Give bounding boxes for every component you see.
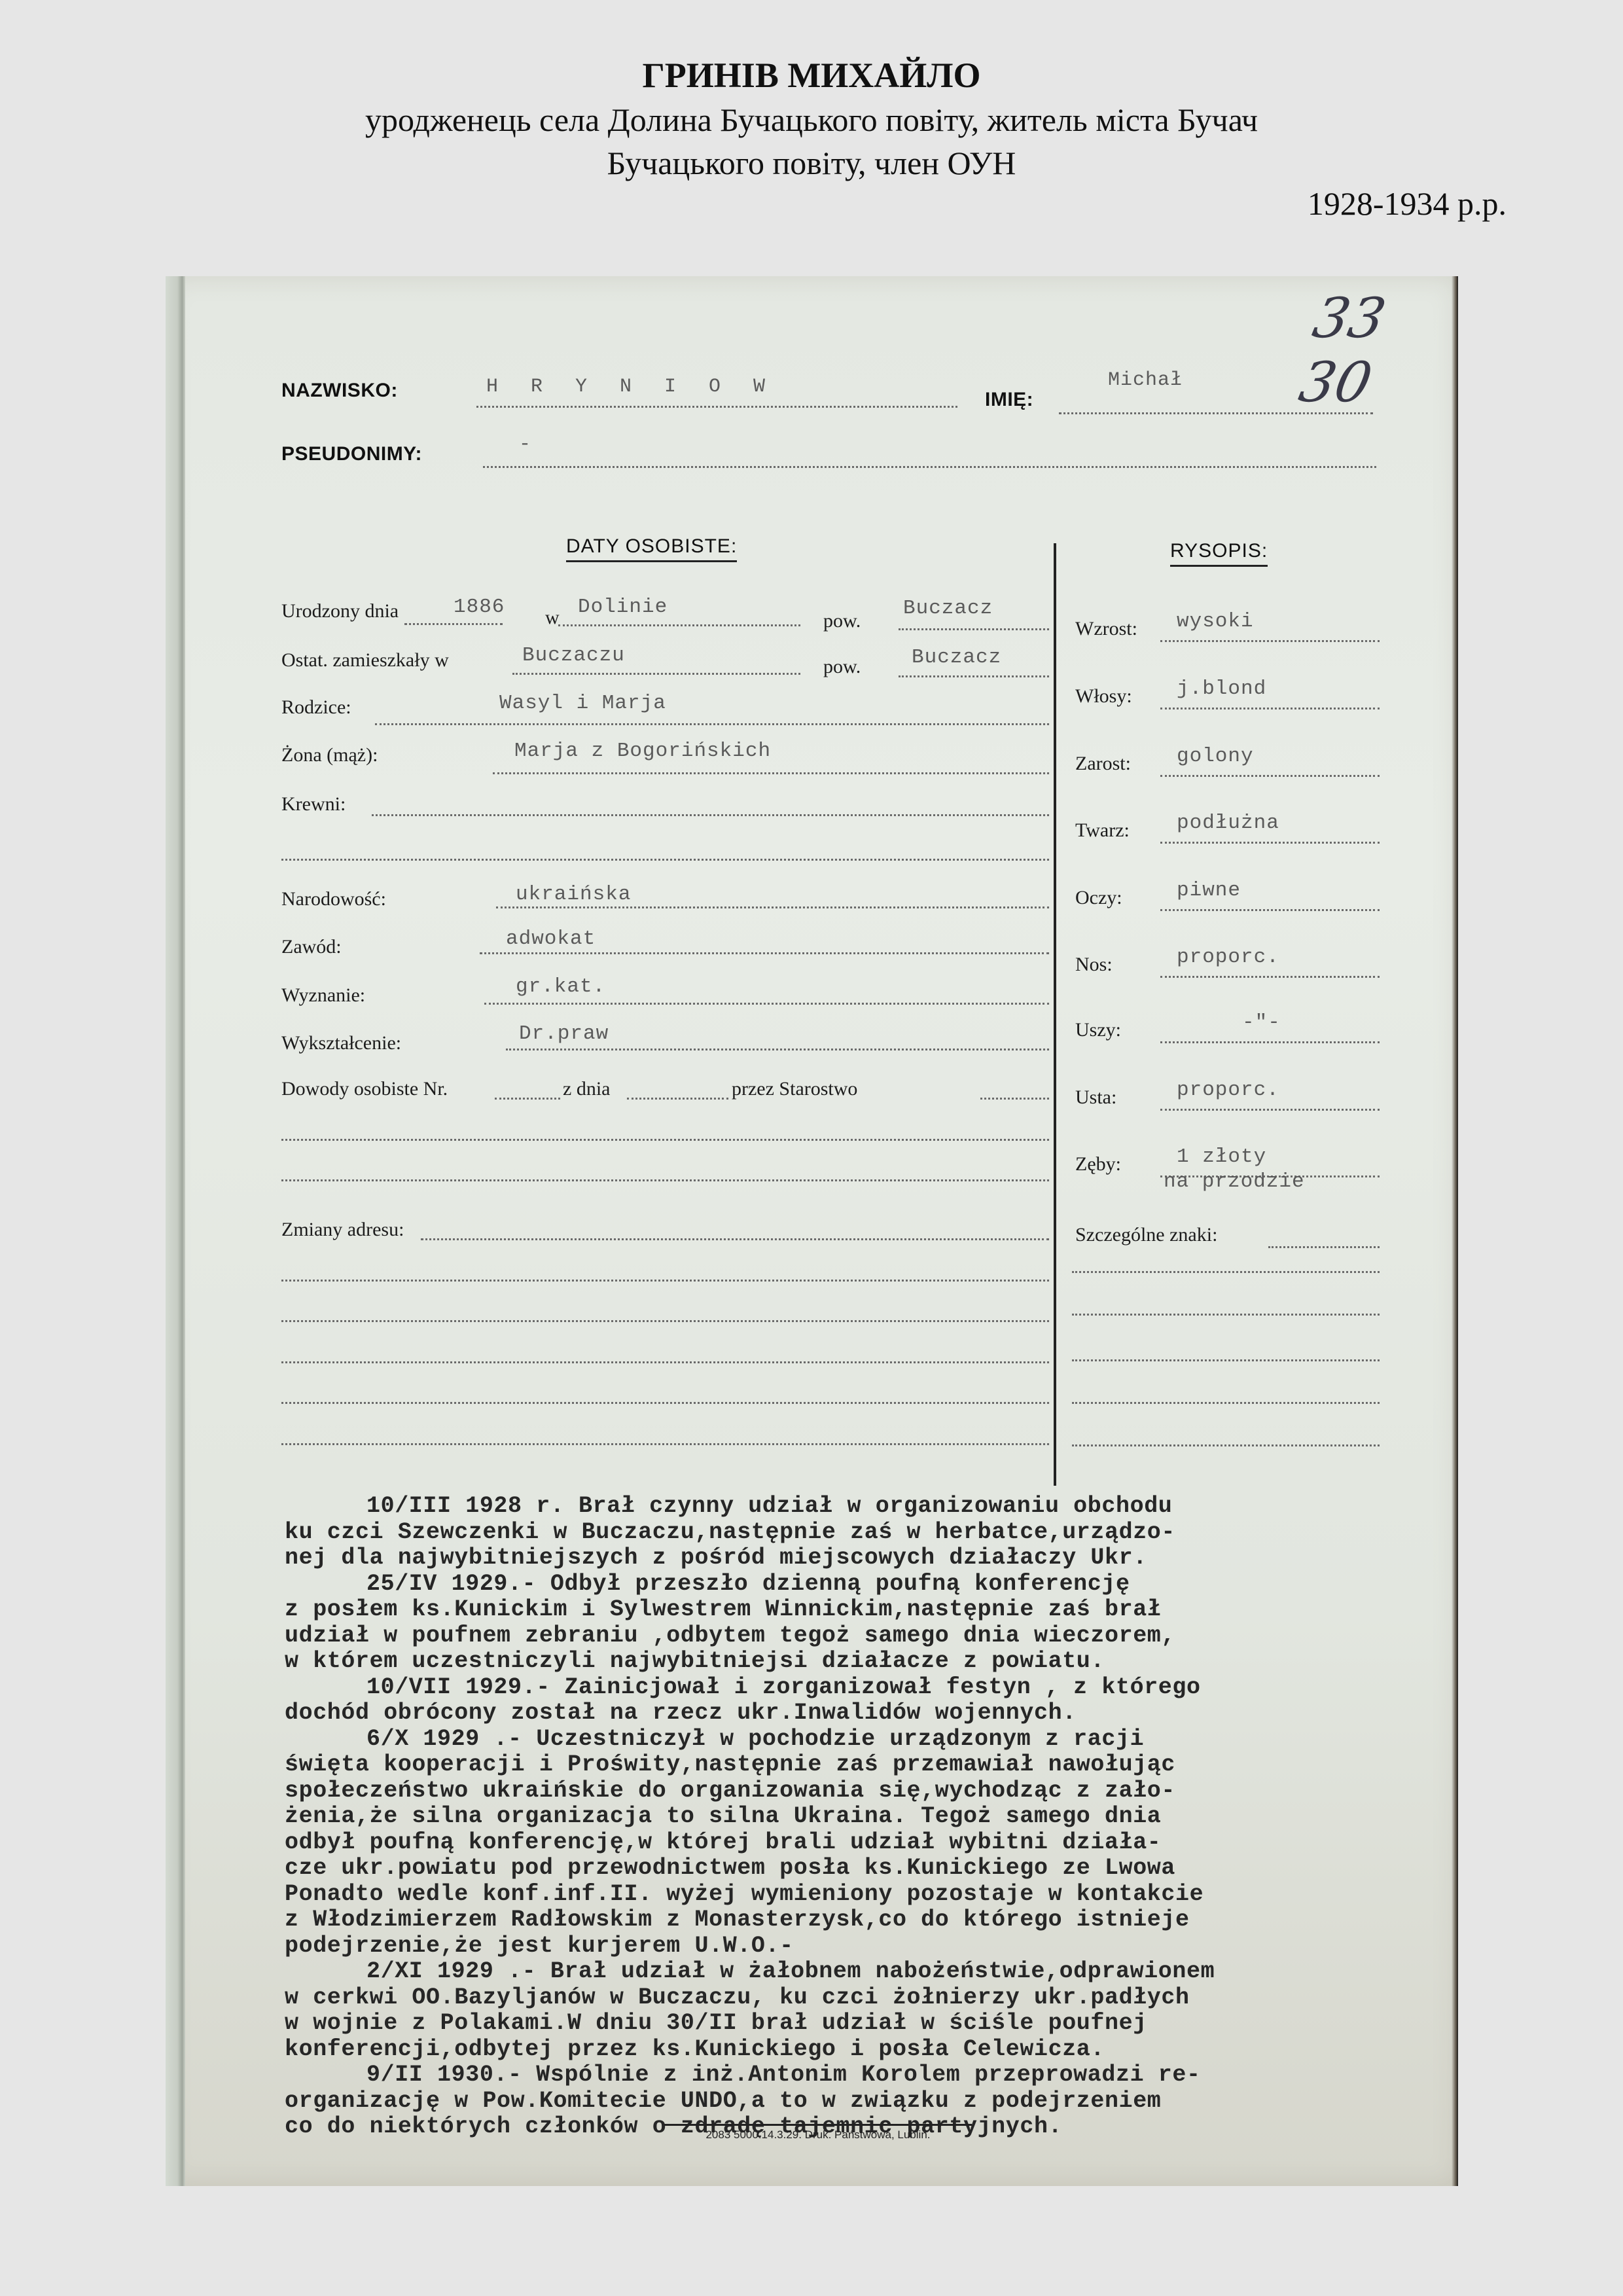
urodzony-value: 1886	[454, 596, 505, 619]
imie-value: Michał	[1108, 369, 1183, 391]
narrative-line: z Włodzimierzem Radłowskim z Monasterzys…	[285, 1907, 1345, 1933]
printer-note: 2083 5000.14.3.29. Druk. Państwowa, Lubl…	[664, 2128, 972, 2142]
rysopis-label: Oczy:	[1075, 887, 1122, 909]
rysopis-value: piwne	[1177, 879, 1241, 902]
rysopis-value: j.blond	[1177, 677, 1266, 700]
starostwo-line	[980, 1098, 1049, 1100]
narrative-line: żenia,że silna organizacja to silna Ukra…	[285, 1804, 1345, 1830]
rysopis-extra-line	[1072, 1402, 1380, 1404]
wyznanie-value: gr.kat.	[516, 975, 605, 998]
narrative-line: w cerkwi OO.Bazyljanów w Buczaczu, ku cz…	[285, 1985, 1345, 2011]
caption-subtitle-line1: уродженець села Долина Бучацького повіту…	[0, 98, 1623, 141]
narrative-line: podejrzenie,że jest kurjerem U.W.O.-	[285, 1933, 1345, 1960]
zmiany-line-3	[281, 1320, 1049, 1322]
rysopis-line	[1160, 775, 1380, 777]
imie-line	[1059, 412, 1373, 414]
krewni-label: Krewni:	[281, 793, 346, 816]
pow-line	[899, 628, 1049, 630]
caption-header: ГРИНІВ МИХАЙЛО уродженець села Долина Бу…	[0, 52, 1623, 185]
narodowosc-line	[496, 906, 1049, 908]
printer-rule	[664, 2124, 972, 2126]
rysopis-label: Zęby:	[1075, 1153, 1121, 1175]
krewni-line-1	[372, 814, 1049, 816]
pow2-label: pow.	[823, 656, 861, 678]
rysopis-value-continued: na przodzie	[1164, 1170, 1305, 1193]
rysopis-line	[1160, 640, 1380, 642]
handwritten-page-number: 33 30	[1294, 286, 1472, 414]
rysopis-extra-line	[1072, 1359, 1380, 1361]
narrative-line: dochód obrócony został na rzecz ukr.Inwa…	[285, 1700, 1345, 1727]
zamieszkaly-label: Ostat. zamieszkały w	[281, 649, 449, 672]
caption-title: ГРИНІВ МИХАЙЛО	[0, 52, 1623, 98]
dowody-extra-line-1	[281, 1139, 1049, 1141]
rysopis-label: Zarost:	[1075, 753, 1131, 775]
pseudonimy-value: -	[519, 433, 531, 456]
narrative-line: konferencji,odbytej przez ks.Kunickiego …	[285, 2037, 1345, 2063]
narrative-line: 10/VII 1929.- Zainicjował i zorganizował…	[285, 1675, 1345, 1701]
zmiany-line-1	[421, 1238, 1049, 1240]
narrative-line: 25/IV 1929.- Odbył przeszło dzienną pouf…	[285, 1571, 1345, 1598]
rysopis-value: golony	[1177, 745, 1254, 768]
rysopis-label: Nos:	[1075, 954, 1113, 976]
zmiany-adresu-label: Zmiany adresu:	[281, 1219, 404, 1241]
narrative-line: Ponadto wedle konf.inf.II. wyżej wymieni…	[285, 1882, 1345, 1908]
wyznanie-label: Wyznanie:	[281, 984, 365, 1007]
pow-label: pow.	[823, 610, 861, 632]
zamieszkaly-value: Buczaczu	[522, 644, 625, 667]
rysopis-label: Szczególne znaki:	[1075, 1224, 1217, 1246]
daty-osobiste-heading: DATY OSOBISTE:	[566, 535, 737, 562]
rysopis-extra-line	[1072, 1444, 1380, 1446]
narrative-line: cze ukr.powiatu pod przewodnictwem posła…	[285, 1856, 1345, 1882]
rysopis-value: -"-	[1242, 1011, 1281, 1034]
imie-label: IMIĘ:	[985, 389, 1033, 411]
zawod-label: Zawód:	[281, 936, 342, 958]
narodowosc-label: Narodowość:	[281, 888, 386, 910]
narrative-line: święta kooperacji i Proświty,następnie z…	[285, 1752, 1345, 1778]
narrative-line: nej dla najwybitniejszych z pośród miejs…	[285, 1545, 1345, 1571]
w-line	[558, 624, 800, 626]
narodowosc-value: ukraińska	[516, 883, 631, 906]
rysopis-line	[1160, 842, 1380, 844]
rysopis-value: 1 złoty	[1177, 1145, 1266, 1168]
rodzice-line	[375, 723, 1049, 725]
narrative-line: 6/X 1929 .- Uczestniczył w pochodzie urz…	[285, 1727, 1345, 1753]
narrative-line: 10/III 1928 r. Brał czynny udział w orga…	[285, 1494, 1345, 1520]
rysopis-line	[1268, 1246, 1380, 1248]
wyznanie-line	[484, 1003, 1049, 1005]
dowody-label: Dowody osobiste Nr.	[281, 1078, 448, 1100]
narrative-line: ku czci Szewczenki w Buczaczu,następnie …	[285, 1520, 1345, 1546]
rysopis-label: Włosy:	[1075, 685, 1132, 708]
column-divider	[1054, 543, 1056, 1486]
rysopis-label: Wzrost:	[1075, 618, 1137, 640]
zona-value: Marja z Bogorińskich	[514, 740, 771, 762]
nazwisko-label: NAZWISKO:	[281, 380, 398, 402]
caption-subtitle-line2: Бучацького повіту, член ОУН	[0, 141, 1623, 185]
wyksztalcenie-value: Dr.praw	[519, 1022, 609, 1045]
zmiany-line-4	[281, 1361, 1049, 1363]
narrative-line: w którem uczestniczyli najwybitniejsi dz…	[285, 1649, 1345, 1675]
pow2-value: Buczacz	[912, 646, 1001, 669]
narrative-line: społeczeństwo ukraińskie do organizowani…	[285, 1778, 1345, 1804]
zona-line	[493, 772, 1049, 774]
wyksztalcenie-label: Wykształcenie:	[281, 1032, 401, 1054]
rysopis-line	[1160, 1041, 1380, 1043]
zona-label: Żona (mąż):	[281, 744, 378, 766]
krewni-line-2	[281, 859, 1049, 861]
narrative-line: w wojnie z Polakami.W dniu 30/II brał ud…	[285, 2011, 1345, 2037]
w-value: Dolinie	[578, 596, 668, 619]
rysopis-heading: RYSOPIS:	[1170, 540, 1268, 567]
rysopis-extra-line	[1072, 1314, 1380, 1316]
rysopis-label: Twarz:	[1075, 819, 1130, 842]
narrative-line: organizację w Pow.Komitecie UNDO,a to w …	[285, 2089, 1345, 2115]
zamieszkaly-line	[512, 673, 800, 675]
rysopis-label: Uszy:	[1075, 1019, 1121, 1041]
zmiany-line-6	[281, 1443, 1049, 1445]
dowody-nr-line	[495, 1098, 560, 1100]
zmiany-line-2	[281, 1280, 1049, 1282]
w-label: w	[545, 607, 560, 629]
narrative-line: 2/XI 1929 .- Brał udział w żałobnem nabo…	[285, 1959, 1345, 1985]
z-dnia-line	[627, 1098, 728, 1100]
rysopis-extra-line	[1072, 1271, 1380, 1273]
pseudonimy-line	[483, 466, 1376, 468]
pow-value: Buczacz	[903, 597, 993, 620]
rysopis-line	[1160, 976, 1380, 978]
rysopis-value: wysoki	[1177, 610, 1254, 633]
zawod-value: adwokat	[506, 927, 596, 950]
scanned-document: 33 30 NAZWISKO: H R Y N I O W IMIĘ: Mich…	[166, 276, 1458, 2186]
rysopis-line	[1160, 1109, 1380, 1111]
pseudonimy-label: PSEUDONIMY:	[281, 443, 422, 465]
rysopis-line	[1160, 708, 1380, 709]
rysopis-label: Usta:	[1075, 1086, 1116, 1109]
narrative-line: odbył poufną konferencję,w której brali …	[285, 1830, 1345, 1856]
rysopis-value: podłużna	[1177, 812, 1279, 834]
rysopis-value: proporc.	[1177, 1079, 1279, 1102]
rodzice-value: Wasyl i Marja	[499, 692, 666, 715]
z-dnia-label: z dnia	[563, 1078, 610, 1100]
nazwisko-line	[476, 406, 957, 408]
caption-years: 1928-1934 р.р.	[1308, 185, 1507, 223]
nazwisko-value: H R Y N I O W	[486, 376, 776, 398]
dowody-extra-line-2	[281, 1179, 1049, 1181]
pow2-line	[899, 675, 1049, 677]
narrative-line: udział w poufnem zebraniu ,odbytem tegoż…	[285, 1623, 1345, 1649]
zmiany-line-5	[281, 1402, 1049, 1404]
rodzice-label: Rodzice:	[281, 696, 351, 719]
urodzony-label: Urodzony dnia	[281, 600, 399, 622]
narrative-text: 10/III 1928 r. Brał czynny udział w orga…	[285, 1494, 1345, 2140]
rysopis-value: proporc.	[1177, 946, 1279, 969]
rysopis-line	[1160, 909, 1380, 911]
wyksztalcenie-line	[506, 1049, 1049, 1050]
zawod-line	[480, 952, 1049, 954]
urodzony-line	[404, 623, 503, 625]
narrative-line: z posłem ks.Kunickim i Sylwestrem Winnic…	[285, 1597, 1345, 1623]
starostwo-label: przez Starostwo	[732, 1078, 857, 1100]
narrative-line: 9/II 1930.- Wspólnie z inż.Antonim Korol…	[285, 2062, 1345, 2089]
